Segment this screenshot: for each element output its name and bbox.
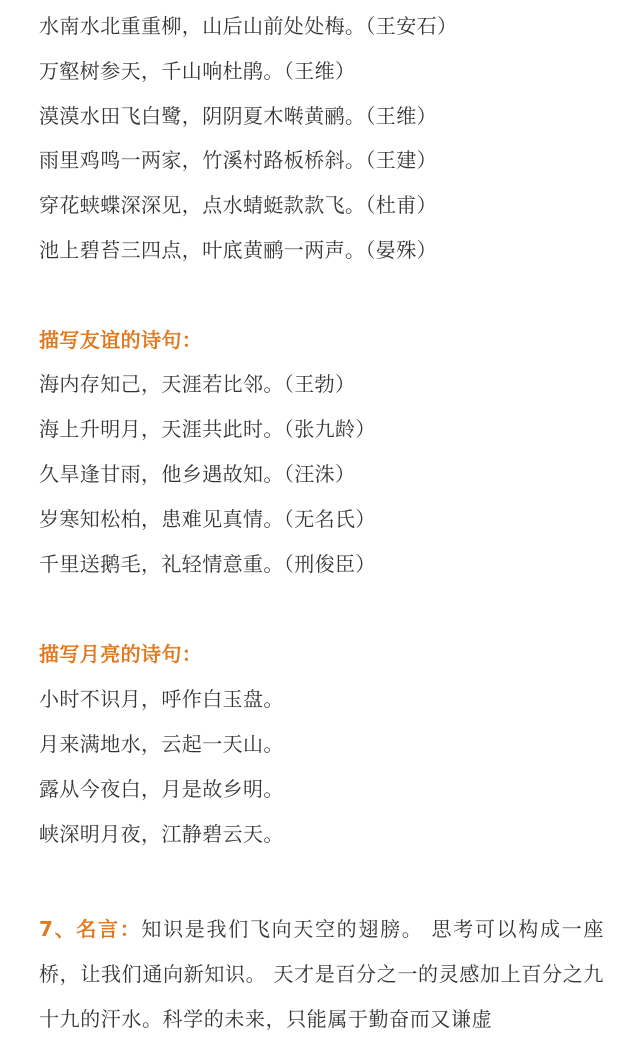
section-heading-moon: 描写月亮的诗句： <box>39 640 202 668</box>
poem-line: 小时不识月，呼作白玉盘。 <box>39 685 284 713</box>
poem-line: 月来满地水，云起一天山。 <box>39 730 284 758</box>
poem-line: 久旱逢甘雨，他乡遇故知。（汪洙） <box>39 460 355 488</box>
poem-line: 池上碧苔三四点，叶底黄鹂一两声。（晏殊） <box>39 236 437 264</box>
poem-line: 海内存知己，天涯若比邻。（王勃） <box>39 370 355 398</box>
quotes-label: 7、名言： <box>39 917 141 941</box>
poem-line: 露从今夜白，月是故乡明。 <box>39 775 284 803</box>
poem-line: 水南水北重重柳，山后山前处处梅。（王安石） <box>39 12 457 40</box>
poem-line: 峡深明月夜，江静碧云天。 <box>39 820 284 848</box>
poem-line: 岁寒知松柏，患难见真情。（无名氏） <box>39 505 376 533</box>
poem-line: 漠漠水田飞白鹭，阴阴夏木啭黄鹂。（王维） <box>39 102 437 130</box>
poem-line: 万壑树参天，千山响杜鹃。（王维） <box>39 57 355 85</box>
poem-line: 雨里鸡鸣一两家，竹溪村路板桥斜。（王建） <box>39 146 437 174</box>
poem-line: 海上升明月，天涯共此时。（张九龄） <box>39 415 376 443</box>
quotes-paragraph: 7、名言：知识是我们飞向天空的翅膀。 思考可以构成一座桥，让我们通向新知识。 天… <box>39 907 604 1039</box>
poem-line: 穿花蛱蝶深深见，点水蜻蜓款款飞。（杜甫） <box>39 191 437 219</box>
poem-line: 千里送鹅毛，礼轻情意重。（刑俊臣） <box>39 550 376 578</box>
section-heading-friendship: 描写友谊的诗句： <box>39 326 202 354</box>
